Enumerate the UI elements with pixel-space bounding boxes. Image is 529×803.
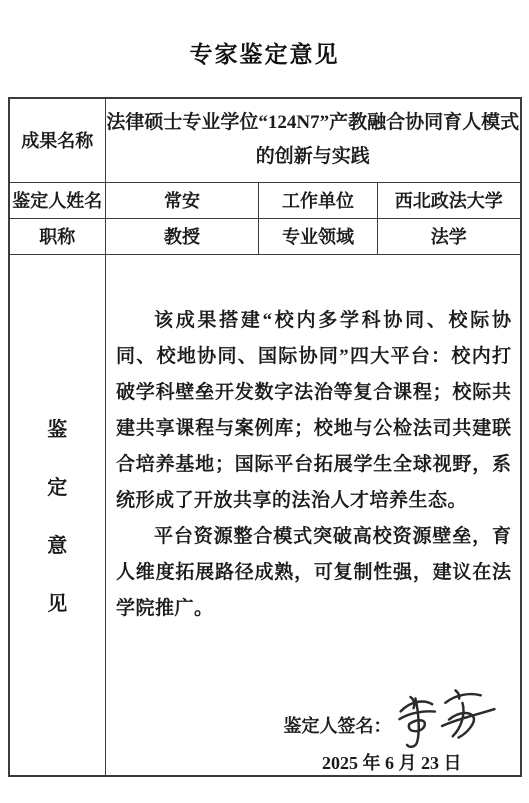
professional-title-label: 职称 [9, 218, 106, 254]
appraiser-row: 鉴定人姓名 常安 工作单位 西北政法大学 [9, 182, 521, 218]
handwritten-signature [391, 681, 501, 754]
opinion-label-char: 意 [47, 529, 67, 558]
opinion-row: 鉴 定 意 见 该成果搭建“校内多学科协同、校际协同、校地协同、国际协同”四大平… [9, 254, 521, 776]
professional-title-row: 职称 教授 专业领域 法学 [9, 218, 521, 254]
signature-label: 鉴定人签名： [284, 713, 392, 739]
opinion-paragraph: 平台资源整合模式突破高校资源壁垒，育人维度拓展路径成熟，可复制性强，建议在法学院… [116, 519, 512, 627]
document-page: 专家鉴定意见 成果名称 法律硕士专业学位“124N7”产教融合协同育人模式的创新… [0, 0, 529, 803]
appraisal-date: 2025 年 6 月 23 日 [116, 749, 512, 775]
opinion-label-cell: 鉴 定 意 见 [9, 254, 106, 776]
work-unit-value: 西北政法大学 [378, 182, 521, 218]
opinion-paragraph: 该成果搭建“校内多学科协同、校际协同、校地协同、国际协同”四大平台：校内打破学科… [116, 303, 512, 519]
opinion-content-cell: 该成果搭建“校内多学科协同、校际协同、校地协同、国际协同”四大平台：校内打破学科… [106, 254, 521, 776]
opinion-label-char: 定 [47, 471, 67, 500]
appraisal-form-table: 成果名称 法律硕士专业学位“124N7”产教融合协同育人模式的创新与实践 鉴定人… [8, 97, 522, 777]
result-name-row: 成果名称 法律硕士专业学位“124N7”产教融合协同育人模式的创新与实践 [9, 98, 521, 182]
opinion-label-char: 见 [47, 587, 67, 616]
appraiser-name-label: 鉴定人姓名 [9, 182, 106, 218]
professional-title-value: 教授 [106, 218, 259, 254]
work-unit-label: 工作单位 [259, 182, 378, 218]
field-value: 法学 [378, 218, 521, 254]
opinion-body: 该成果搭建“校内多学科协同、校际协同、校地协同、国际协同”四大平台：校内打破学科… [106, 255, 520, 775]
opinion-label-char: 鉴 [47, 413, 67, 442]
result-name-value: 法律硕士专业学位“124N7”产教融合协同育人模式的创新与实践 [106, 98, 521, 182]
document-title: 专家鉴定意见 [0, 36, 529, 69]
signature-row: 鉴定人签名： [116, 679, 512, 739]
opinion-vertical-label: 鉴 定 意 见 [10, 413, 106, 616]
appraiser-name-value: 常安 [106, 182, 259, 218]
field-label: 专业领域 [259, 218, 378, 254]
result-name-label: 成果名称 [9, 98, 106, 182]
